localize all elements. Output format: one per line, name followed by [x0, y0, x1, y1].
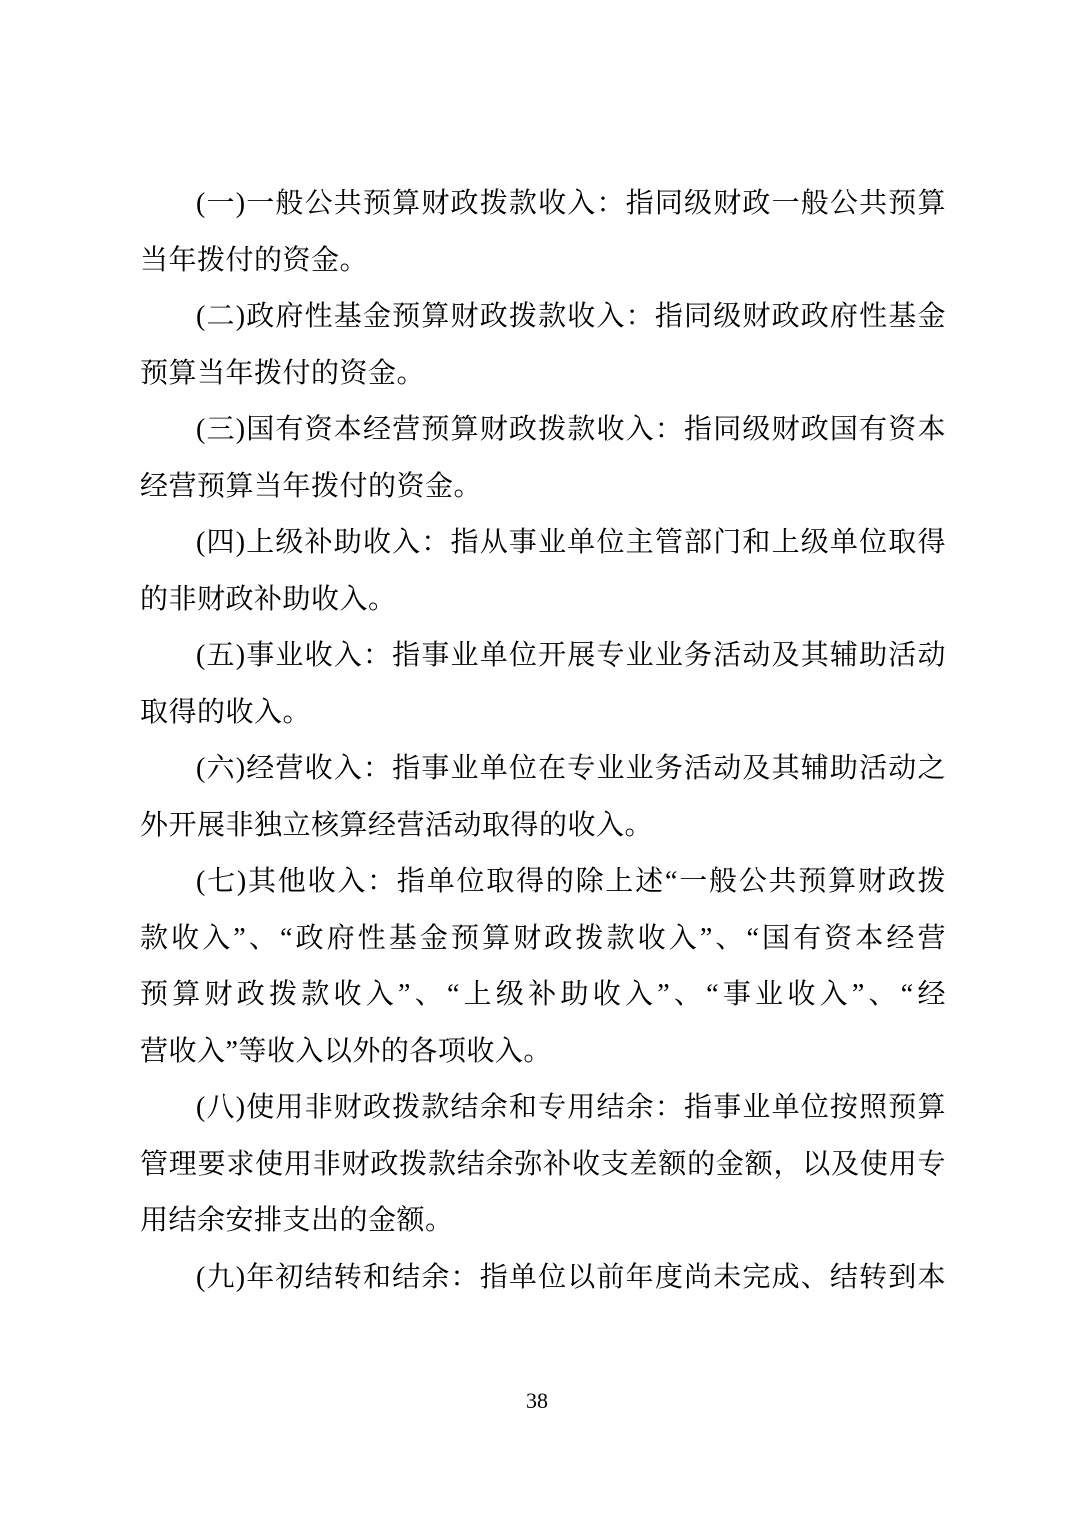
paragraph-5: (五)事业收入：指事业单位开展专业业务活动及其辅助活动 取得的收入。 — [140, 628, 946, 741]
text-line: 的非财政补助收入。 — [140, 572, 946, 629]
text-line: 预算当年拨付的资金。 — [140, 346, 946, 403]
text-line: (九)年初结转和结余：指单位以前年度尚未完成、结转到本 — [140, 1250, 946, 1307]
text-line: (三)国有资本经营预算财政拨款收入：指同级财政国有资本 — [140, 402, 946, 459]
text-line: (六)经营收入：指事业单位在专业业务活动及其辅助活动之 — [140, 741, 946, 798]
paragraph-2: (二)政府性基金预算财政拨款收入：指同级财政政府性基金 预算当年拨付的资金。 — [140, 289, 946, 402]
text-line: (五)事业收入：指事业单位开展专业业务活动及其辅助活动 — [140, 628, 946, 685]
paragraph-8: (八)使用非财政拨款结余和专用结余：指事业单位按照预算 管理要求使用非财政拨款结… — [140, 1080, 946, 1250]
paragraph-4: (四)上级补助收入：指从事业单位主管部门和上级单位取得 的非财政补助收入。 — [140, 515, 946, 628]
paragraph-7: (七)其他收入：指单位取得的除上述“一般公共预算财政拨 款收入”、“政府性基金预… — [140, 854, 946, 1080]
document-body-text: (一)一般公共预算财政拨款收入：指同级财政一般公共预算 当年拨付的资金。 (二)… — [140, 176, 946, 1306]
page-number: 38 — [0, 1386, 1074, 1416]
paragraph-3: (三)国有资本经营预算财政拨款收入：指同级财政国有资本 经营预算当年拨付的资金。 — [140, 402, 946, 515]
text-line: (八)使用非财政拨款结余和专用结余：指事业单位按照预算 — [140, 1080, 946, 1137]
paragraph-1: (一)一般公共预算财政拨款收入：指同级财政一般公共预算 当年拨付的资金。 — [140, 176, 946, 289]
text-line: 经营预算当年拨付的资金。 — [140, 459, 946, 516]
text-line: (四)上级补助收入：指从事业单位主管部门和上级单位取得 — [140, 515, 946, 572]
text-line: 取得的收入。 — [140, 685, 946, 742]
text-line: (一)一般公共预算财政拨款收入：指同级财政一般公共预算 — [140, 176, 946, 233]
text-line: (二)政府性基金预算财政拨款收入：指同级财政政府性基金 — [140, 289, 946, 346]
text-line: 外开展非独立核算经营活动取得的收入。 — [140, 798, 946, 855]
text-line: (七)其他收入：指单位取得的除上述“一般公共预算财政拨 — [140, 854, 946, 911]
text-line: 款收入”、“政府性基金预算财政拨款收入”、“国有资本经营 — [140, 911, 946, 968]
paragraph-9: (九)年初结转和结余：指单位以前年度尚未完成、结转到本 — [140, 1250, 946, 1307]
text-line: 当年拨付的资金。 — [140, 233, 946, 290]
text-line: 营收入”等收入以外的各项收入。 — [140, 1024, 946, 1081]
paragraph-6: (六)经营收入：指事业单位在专业业务活动及其辅助活动之 外开展非独立核算经营活动… — [140, 741, 946, 854]
text-line: 用结余安排支出的金额。 — [140, 1193, 946, 1250]
text-line: 管理要求使用非财政拨款结余弥补收支差额的金额，以及使用专 — [140, 1137, 946, 1194]
text-line: 预算财政拨款收入”、“上级补助收入”、“事业收入”、“经 — [140, 967, 946, 1024]
document-page: (一)一般公共预算财政拨款收入：指同级财政一般公共预算 当年拨付的资金。 (二)… — [0, 0, 1074, 1520]
